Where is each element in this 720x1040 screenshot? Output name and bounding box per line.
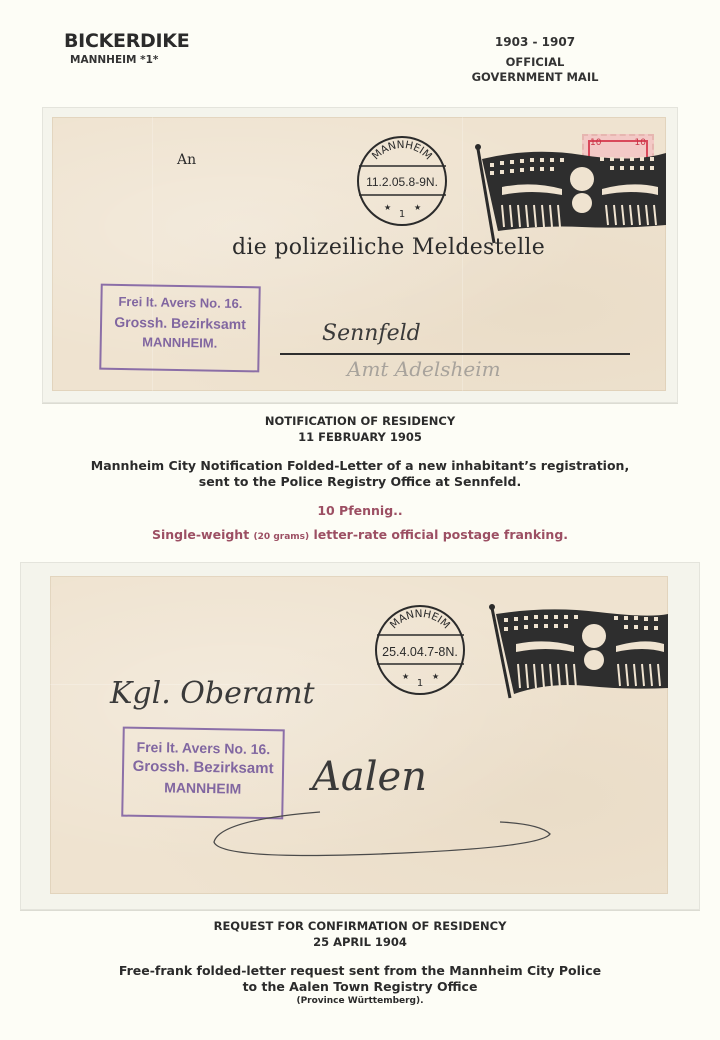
caption-franking: Single-weight (20 grams) letter-rate off… bbox=[0, 527, 720, 545]
flag-cancel-icon bbox=[472, 137, 666, 247]
flag-cancel-icon bbox=[488, 602, 668, 702]
svg-text:25.4.04.7-8N.: 25.4.04.7-8N. bbox=[382, 645, 458, 659]
caption-2: REQUEST FOR CONFIRMATION OF RESIDENCY 25… bbox=[0, 918, 720, 1007]
caption-description-1: Free-frank folded-letter request sent fr… bbox=[0, 963, 720, 979]
postmark-icon: MANNHEIM 25.4.04.7-8N. 1 ★ ★ bbox=[372, 600, 472, 700]
collection-title: BICKERDIKE bbox=[64, 30, 189, 52]
caption-title: REQUEST FOR CONFIRMATION OF RESIDENCY bbox=[0, 918, 720, 934]
salutation: An bbox=[177, 152, 196, 168]
caption-date: 11 FEBRUARY 1905 bbox=[0, 429, 720, 445]
category-line-2: GOVERNMENT MAIL bbox=[450, 70, 620, 85]
svg-text:★: ★ bbox=[414, 203, 421, 212]
caption-description-2: sent to the Police Registry Office at Se… bbox=[0, 474, 720, 490]
address-line bbox=[280, 353, 630, 355]
handwritten-addressee: Kgl. Oberamt bbox=[110, 676, 315, 711]
caption-rate: 10 Pfennig.. bbox=[0, 503, 720, 519]
caption-description-1: Mannheim City Notification Folded-Letter… bbox=[0, 458, 720, 474]
handwritten-note: Amt Adelsheim bbox=[347, 357, 501, 381]
period-years: 1903 - 1907 bbox=[450, 35, 620, 49]
header-right: 1903 - 1907 OFFICIAL GOVERNMENT MAIL bbox=[450, 35, 620, 85]
folded-letter-2: Kgl. Oberamt MANNHEIM 25.4.04.7-8N. 1 ★ … bbox=[50, 576, 668, 894]
official-cachet: Frei lt. Avers No. 16. Grossh. Bezirksam… bbox=[99, 284, 260, 373]
svg-text:★: ★ bbox=[432, 672, 439, 681]
underline-flourish-icon bbox=[200, 804, 560, 864]
header-left: BICKERDIKE MANNHEIM *1* bbox=[64, 30, 189, 66]
caption-title: NOTIFICATION OF RESIDENCY bbox=[0, 413, 720, 429]
caption-1: NOTIFICATION OF RESIDENCY 11 FEBRUARY 19… bbox=[0, 413, 720, 545]
svg-text:1: 1 bbox=[417, 678, 423, 689]
caption-description-2: to the Aalen Town Registry Office bbox=[0, 979, 720, 995]
svg-text:★: ★ bbox=[384, 203, 391, 212]
postmark-icon: MANNHEIM 11.2.05.8-9N. 1 ★ ★ bbox=[354, 133, 454, 231]
caption-date: 25 APRIL 1904 bbox=[0, 934, 720, 950]
caption-description-3: (Province Württemberg). bbox=[0, 995, 720, 1007]
handwritten-destination: Aalen bbox=[312, 754, 427, 800]
folded-letter-1: An MANNHEIM 11.2.05.8-9N. 1 ★ ★ 10 10 bbox=[52, 117, 666, 391]
category-line-1: OFFICIAL bbox=[450, 55, 620, 70]
svg-text:1: 1 bbox=[399, 209, 405, 220]
printed-address: die polizeiliche Meldestelle bbox=[232, 235, 545, 260]
svg-text:11.2.05.8-9N.: 11.2.05.8-9N. bbox=[366, 175, 438, 189]
svg-text:★: ★ bbox=[402, 672, 409, 681]
collection-subtitle: MANNHEIM *1* bbox=[70, 54, 189, 66]
handwritten-destination: Sennfeld bbox=[322, 321, 421, 346]
